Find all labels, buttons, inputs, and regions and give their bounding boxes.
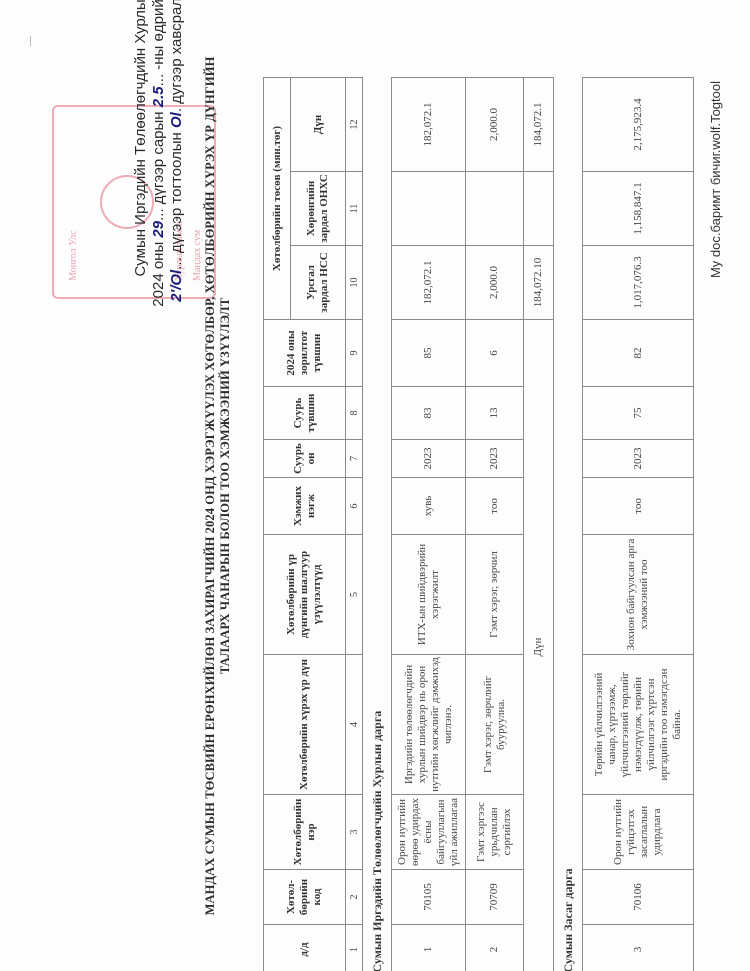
cell-indicator: ИТХ-ын шийдвэрийн хэрэгжилт <box>392 535 466 655</box>
section-header-governor: Сумын Засаг дарга <box>554 78 583 971</box>
cell-total: 2,175,923.4 <box>583 78 694 172</box>
header-target-2024: 2024 оны зорилтот түвшин <box>264 320 346 387</box>
scanned-document-page: Монгол Улс Хурлын тамга Мандах сум Сумын… <box>0 0 750 971</box>
header-total: Дүн <box>291 78 346 172</box>
colnum: 5 <box>346 535 363 655</box>
colnum: 11 <box>346 172 363 246</box>
subtotal-label: Дүн <box>524 320 554 971</box>
cell-unit: тоо <box>583 478 694 535</box>
document-title: МАНДАХ СУМЫН ТӨСВИЙН ЕРӨНХИЙЛӨН ЗАХИРАГЧ… <box>203 11 233 961</box>
cell-name: Орон нутгийн гүйцэтгэх засаглалын удирдл… <box>583 795 694 870</box>
cell-code: 70709 <box>466 870 524 925</box>
cell-unit: тоо <box>466 478 524 535</box>
header-result: Хөтөлбөрийн хүрэх үр дүн <box>264 655 346 795</box>
cell-unit: хувь <box>392 478 466 535</box>
colnum: 8 <box>346 387 363 440</box>
handwritten-day: 29 <box>150 221 167 238</box>
cell-indicator: Зохион байгуулсан арга хэмжээний тоо <box>583 535 694 655</box>
subtotal-capital-exp <box>524 172 554 246</box>
handwritten-month: 2.5 <box>150 86 167 107</box>
cell-no: 1 <box>392 925 466 971</box>
colnum: 6 <box>346 478 363 535</box>
cell-base-year: 2023 <box>583 440 694 478</box>
header-indicator: Хөтөлбөрийн үр дүнгийн шалгуур үзүүлэлтү… <box>264 535 346 655</box>
cell-base-year: 2023 <box>392 440 466 478</box>
colnum: 12 <box>346 78 363 172</box>
subtotal-total: 184,072.1 <box>524 78 554 172</box>
cell-result: Иргэдийн төлөөлөгчдийн хурлын шийдвэр нь… <box>392 655 466 795</box>
cell-name: Гэмт хэргээс урьдчилан сэргийлэх <box>466 795 524 870</box>
program-indicators-table: д/д Хөтөл-бөрийн код Хөтөлбөрийн нэр Хөт… <box>263 77 694 971</box>
colnum: 1 <box>346 925 363 971</box>
stamp-top-text: Монгол Улс <box>68 230 79 281</box>
subtotal-row: Дүн 184,072.10 184,072.1 <box>524 78 554 971</box>
title-line-1: МАНДАХ СУМЫН ТӨСВИЙН ЕРӨНХИЙЛӨН ЗАХИРАГЧ… <box>203 11 218 961</box>
scan-mark <box>30 36 31 46</box>
cell-capital-exp <box>392 172 466 246</box>
cell-no: 3 <box>583 925 694 971</box>
colnum: 10 <box>346 246 363 320</box>
table-row: 2 70709 Гэмт хэргээс урьдчилан сэргийлэх… <box>466 78 524 971</box>
cell-code: 70105 <box>392 870 466 925</box>
handwritten-resolution-number: 2'/Ol <box>168 270 185 302</box>
cell-result: Гэмт хэрэг, зөрчлийг бууруулна. <box>466 655 524 795</box>
cell-current-exp: 182,072.1 <box>392 246 466 320</box>
cell-target: 82 <box>583 320 694 387</box>
cell-base-year: 2023 <box>466 440 524 478</box>
table-row: 3 70106 Орон нутгийн гүйцэтгэх засаглалы… <box>583 78 694 971</box>
cell-total: 2,000.0 <box>466 78 524 172</box>
header-name: Хөтөлбөрийн нэр <box>264 795 346 870</box>
cell-capital-exp <box>466 172 524 246</box>
cell-base-level: 83 <box>392 387 466 440</box>
header-current-exp: Урсгал зардал НСС <box>291 246 346 320</box>
colnum: 4 <box>346 655 363 795</box>
handwritten-appendix-number: Ol <box>168 112 185 128</box>
cell-indicator: Гэмт хэрэг, зөрчил <box>466 535 524 655</box>
cell-code: 70106 <box>583 870 694 925</box>
approval-annotation: Сумын Иргэдийн Төлөөлөгчдийн Хурлын 2024… <box>132 0 186 411</box>
approval-line-1: Сумын Иргэдийн Төлөөлөгчдийн Хурлын <box>132 0 150 411</box>
cell-current-exp: 2,000.0 <box>466 246 524 320</box>
header-no: д/д <box>264 925 346 971</box>
header-base-level: Суурь түвшин <box>264 387 346 440</box>
section-header-council: Сумын Иргэдийн Төлөөлөгчдийн Хурлын дарг… <box>363 78 392 971</box>
cell-base-level: 13 <box>466 387 524 440</box>
cell-current-exp: 1,017,076.3 <box>583 246 694 320</box>
header-unit: Хэмжих нэгж <box>264 478 346 535</box>
approval-line-2: 2024 оны 29... дүгээр сарын 2.5... -ны ө… <box>150 0 168 411</box>
colnum: 2 <box>346 870 363 925</box>
table-row: 1 70105 Орон нутгийн өөрөө удирдах ёсны … <box>392 78 466 971</box>
title-line-2: ТАЛААРХ ЧАНАРЫН БОЛОН ТОО ХЭМЖЭЭНИЙ ҮЗҮҮ… <box>218 11 233 961</box>
cell-no: 2 <box>466 925 524 971</box>
cell-total: 182,072.1 <box>392 78 466 172</box>
header-row: д/д Хөтөл-бөрийн код Хөтөлбөрийн нэр Хөт… <box>264 78 291 971</box>
colnum: 3 <box>346 795 363 870</box>
colnum: 9 <box>346 320 363 387</box>
header-capital-exp: Хөрөнгийн зардал ОНХС <box>291 172 346 246</box>
stamp-bottom-text-2: Мандах сум <box>192 230 203 281</box>
cell-capital-exp: 1,158,847.1 <box>583 172 694 246</box>
cell-base-level: 75 <box>583 387 694 440</box>
colnum: 7 <box>346 440 363 478</box>
approval-line-3: 2'/Ol... дүгээр тогтоолын Ol. дугээр хав… <box>168 0 186 411</box>
subtotal-current-exp: 184,072.10 <box>524 246 554 320</box>
file-path-footer: My doc.баримт бичиг.wolf.Togtool <box>708 81 723 741</box>
cell-result: Төрийн үйлчилгээний чанар, хүртээмж, үйл… <box>583 655 694 795</box>
column-number-row: 1 2 3 4 5 6 7 8 9 10 11 12 <box>346 78 363 971</box>
header-code: Хөтөл-бөрийн код <box>264 870 346 925</box>
header-budget-group: Хөтөлбөрийн төсөв (мян.төг) <box>264 78 291 320</box>
header-base-year: Суурь он <box>264 440 346 478</box>
cell-name: Орон нутгийн өөрөө удирдах ёсны байгуулл… <box>392 795 466 870</box>
cell-target: 85 <box>392 320 466 387</box>
cell-target: 6 <box>466 320 524 387</box>
